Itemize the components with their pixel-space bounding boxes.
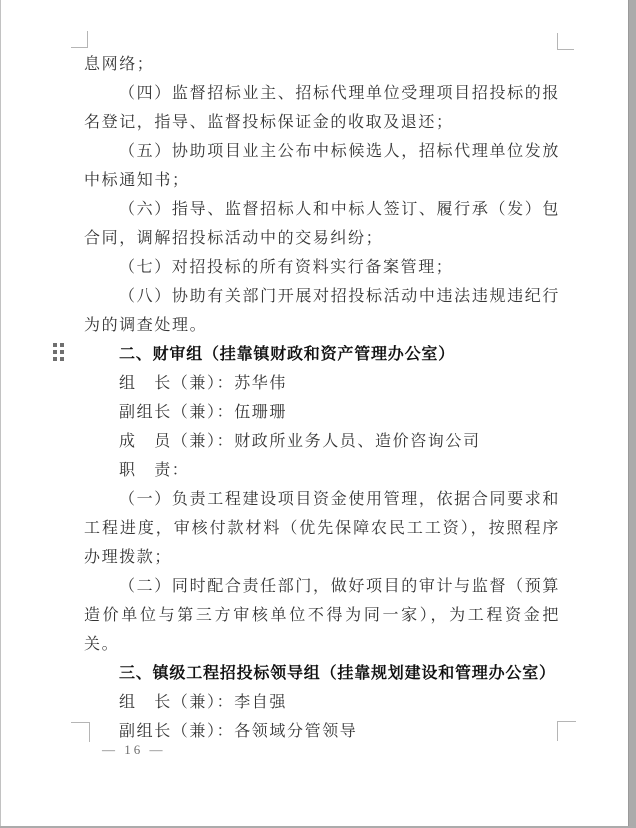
paragraph-item-4: （四）监督招标业主、招标代理单位受理项目招投标的报名登记，指导、监督投标保证金的… (84, 79, 560, 137)
section-heading-2: 二、财审组（挂靠镇财政和资产管理办公室） (84, 340, 560, 369)
paragraph-duty-1: （一）负责工程建设项目资金使用管理，依据合同要求和工程进度，审核付款材料（优先保… (84, 485, 560, 572)
app-background-strip (628, 0, 636, 828)
drag-handle-dot (60, 357, 64, 361)
drag-handle-dot (60, 350, 64, 354)
paragraph-members: 成 员（兼）：财政所业务人员、造价咨询公司 (84, 427, 560, 456)
paragraph-drag-handle-icon[interactable] (53, 343, 64, 361)
paragraph-continuation: 息网络； (84, 50, 560, 79)
page-left-edge (0, 0, 1, 828)
drag-handle-dot (53, 343, 57, 347)
margin-crop-mark-top-right (557, 33, 574, 50)
paragraph-item-8: （八）协助有关部门开展对招投标活动中违法违规违纪行为的调查处理。 (84, 282, 560, 340)
document-text-block: 息网络； （四）监督招标业主、招标代理单位受理项目招投标的报名登记，指导、监督投… (84, 50, 560, 746)
section-heading-3: 三、镇级工程招投标领导组（挂靠规划建设和管理办公室） (84, 659, 560, 688)
margin-crop-mark-top-left (71, 31, 88, 48)
paragraph-leader-2: 组 长（兼）：李自强 (84, 688, 560, 717)
drag-handle-dot (60, 343, 64, 347)
drag-handle-dot (53, 350, 57, 354)
page-number: — 16 — (102, 742, 166, 758)
paragraph-duty-2: （二）同时配合责任部门，做好项目的审计与监督（预算造价单位与第三方审核单位不得为… (84, 572, 560, 659)
document-page: 息网络； （四）监督招标业主、招标代理单位受理项目招投标的报名登记，指导、监督投… (0, 0, 636, 828)
paragraph-duties-label: 职 责： (84, 456, 560, 485)
paragraph-deputy-leader: 副组长（兼）：伍珊珊 (84, 398, 560, 427)
paragraph-item-6: （六）指导、监督招标人和中标人签订、履行承（发）包合同，调解招投标活动中的交易纠… (84, 195, 560, 253)
paragraph-leader: 组 长（兼）：苏华伟 (84, 369, 560, 398)
paragraph-item-7: （七）对招投标的所有资料实行备案管理； (84, 253, 560, 282)
drag-handle-dot (53, 357, 57, 361)
paragraph-item-5: （五）协助项目业主公布中标候选人，招标代理单位发放中标通知书； (84, 137, 560, 195)
